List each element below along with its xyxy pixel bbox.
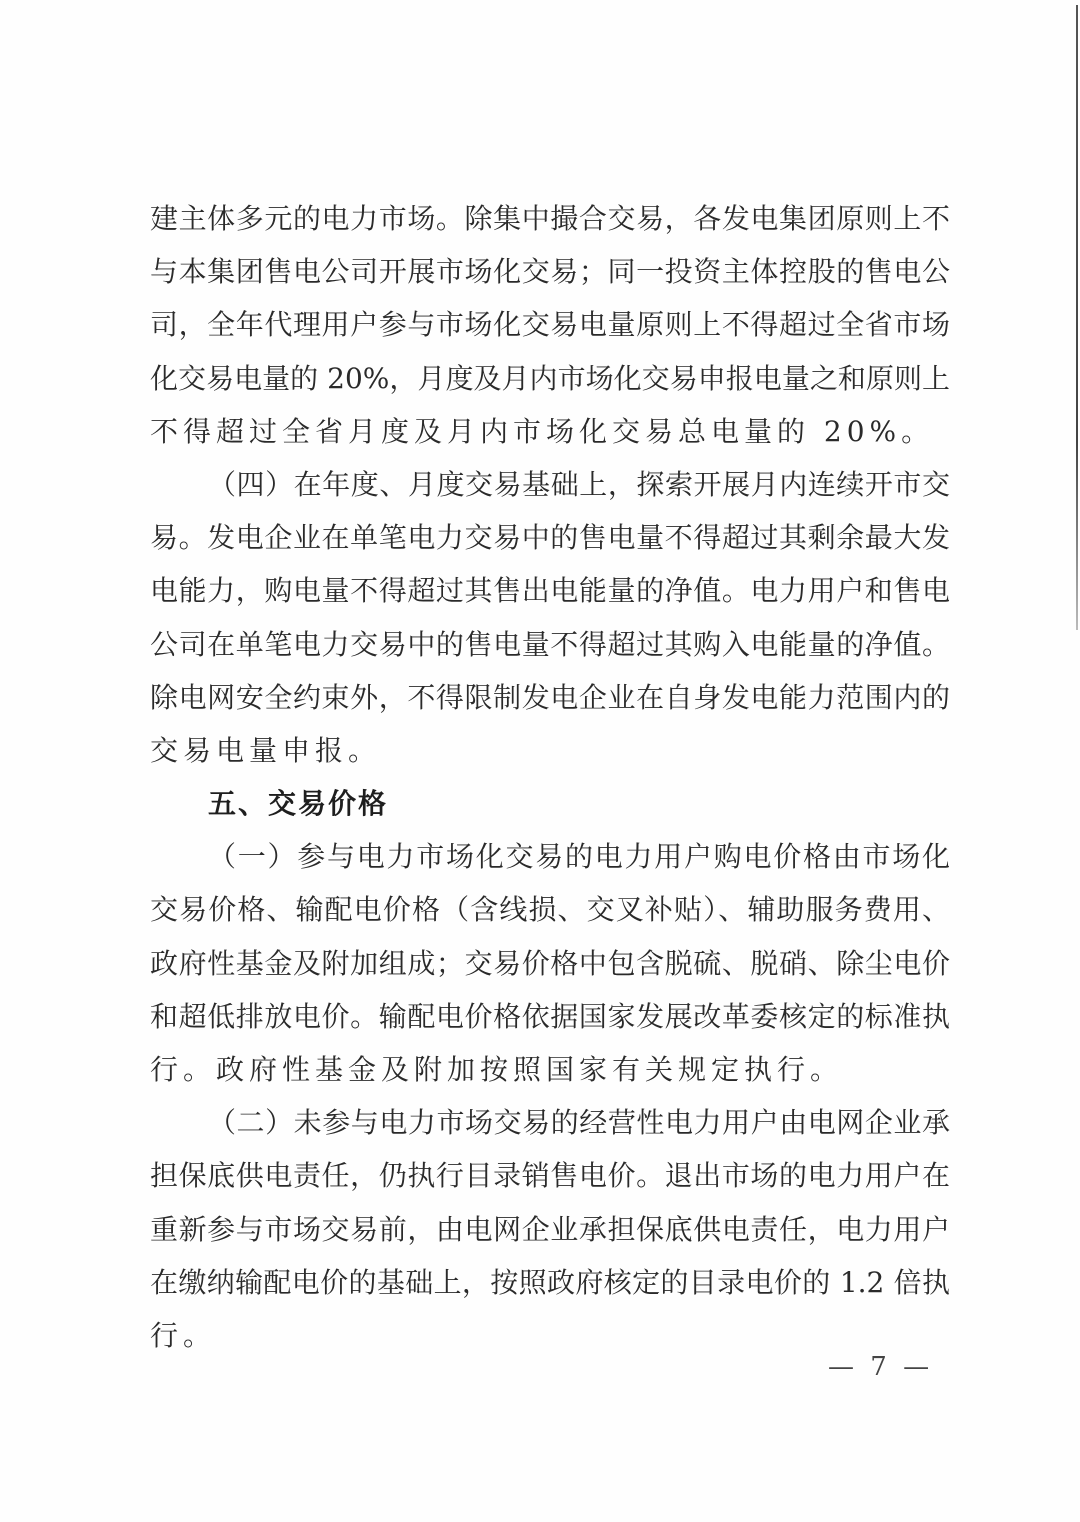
text-line: 公司在单笔电力交易中的售电量不得超过其购入电能量的净值。 (150, 618, 950, 671)
paragraph-item-one: （一）参与电力市场化交易的电力用户购电价格由市场化 交易价格、输配电价格（含线损… (150, 830, 950, 1096)
text-line: （二）未参与电力市场交易的经营性电力用户由电网企业承 (150, 1096, 950, 1149)
text-line: 司，全年代理用户参与市场化交易电量原则上不得超过全省市场 (150, 298, 950, 351)
text-line: 不得超过全省月度及月内市场化交易总电量的 20%。 (150, 405, 950, 458)
text-line: 与本集团售电公司开展市场化交易；同一投资主体控股的售电公 (150, 245, 950, 298)
document-page: 建主体多元的电力市场。除集中撮合交易，各发电集团原则上不 与本集团售电公司开展市… (0, 0, 1080, 1522)
text-line: 易。发电企业在单笔电力交易中的售电量不得超过其剩余最大发 (150, 511, 950, 564)
paragraph-item-four: （四）在年度、月度交易基础上，探索开展月内连续开市交 易。发电企业在单笔电力交易… (150, 458, 950, 777)
text-line: 政府性基金及附加组成；交易价格中包含脱硫、脱硝、除尘电价 (150, 937, 950, 990)
paragraph-continuation: 建主体多元的电力市场。除集中撮合交易，各发电集团原则上不 与本集团售电公司开展市… (150, 192, 950, 458)
text-line: 和超低排放电价。输配电价格依据国家发展改革委核定的标准执 (150, 990, 950, 1043)
document-body: 建主体多元的电力市场。除集中撮合交易，各发电集团原则上不 与本集团售电公司开展市… (150, 192, 950, 1362)
text-line: 在缴纳输配电价的基础上，按照政府核定的目录电价的 1.2 倍执 (150, 1256, 950, 1309)
text-line: 行。政府性基金及附加按照国家有关规定执行。 (150, 1043, 950, 1096)
text-line: 交易价格、输配电价格（含线损、交叉补贴）、辅助服务费用、 (150, 883, 950, 936)
text-line: 交易电量申报。 (150, 724, 950, 777)
text-line: 重新参与市场交易前，由电网企业承担保底供电责任，电力用户 (150, 1203, 950, 1256)
text-line: 担保底供电责任，仍执行目录销售电价。退出市场的电力用户在 (150, 1149, 950, 1202)
page-number: — 7 — (828, 1352, 933, 1382)
scan-edge-line (1076, 5, 1078, 630)
text-line: （一）参与电力市场化交易的电力用户购电价格由市场化 (150, 830, 950, 883)
text-line: 除电网安全约束外，不得限制发电企业在自身发电能力范围内的 (150, 671, 950, 724)
section-heading: 五、交易价格 (150, 777, 950, 830)
text-line: 电能力，购电量不得超过其售出电能量的净值。电力用户和售电 (150, 564, 950, 617)
paragraph-item-two: （二）未参与电力市场交易的经营性电力用户由电网企业承 担保底供电责任，仍执行目录… (150, 1096, 950, 1362)
text-line: 建主体多元的电力市场。除集中撮合交易，各发电集团原则上不 (150, 192, 950, 245)
text-line: （四）在年度、月度交易基础上，探索开展月内连续开市交 (150, 458, 950, 511)
text-line: 化交易电量的 20%，月度及月内市场化交易申报电量之和原则上 (150, 352, 950, 405)
